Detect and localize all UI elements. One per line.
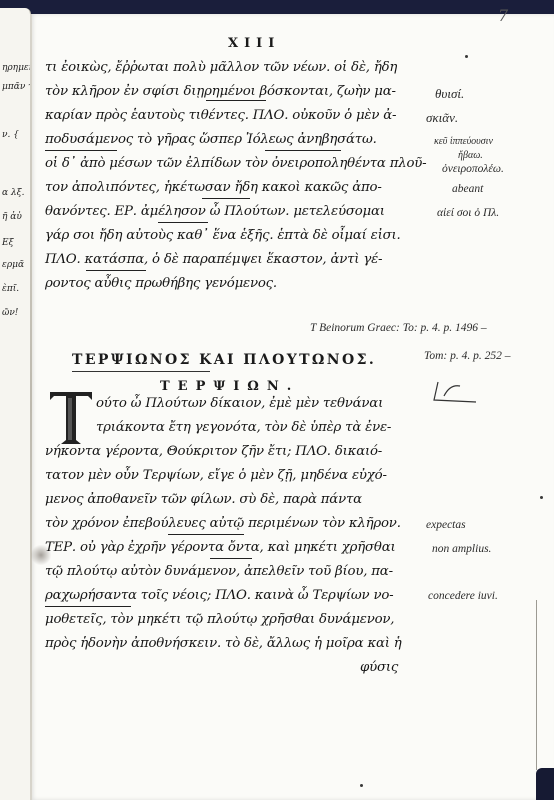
underline-mark xyxy=(86,270,146,271)
text-line: ποδυσάμενος τὸ γῆρας ὥσπερ Ἰόλεως ἀνηβησ… xyxy=(45,132,377,147)
text-line: ραχωρήσαντα τοῖς νέοις; ΠΛΟ. καινὰ ὦ Τερ… xyxy=(45,588,393,603)
text-line: ούτο ὦ Πλούτων δίκαιον, ἐμὲ μὲν τεθνάναι xyxy=(96,396,383,411)
facing-page-fragment: ερμᾶ xyxy=(2,260,24,270)
marginal-note: κεῦ ἱππεύουσιν xyxy=(434,136,493,147)
paper-speck xyxy=(360,784,363,787)
marginal-note: concedere iuvi. xyxy=(428,590,498,602)
text-line: οἱ δ᾽ ἀπὸ μέσων τῶν ἐλπίδων τὸν ὀνειροπο… xyxy=(45,156,426,171)
marginal-note: ὀνειροπολέω. xyxy=(442,163,504,175)
marginal-note: αἰεί σοι ὁ Πλ. xyxy=(437,207,499,219)
text-line-content: τὸν κλῆρον ἐν σφίσι διῃρημένοι βόσκονται… xyxy=(45,84,396,99)
catchword: φύσις xyxy=(360,660,398,675)
marginal-note: σκιᾶν. xyxy=(426,110,458,126)
paper-speck xyxy=(465,55,468,58)
facing-page-fragment: α λξ. xyxy=(2,188,24,198)
marginal-note: abeant xyxy=(452,183,483,195)
marginal-note: ἥβαω. xyxy=(458,150,483,161)
facing-page-fragment: ν. { xyxy=(2,130,19,140)
drop-cap-letter xyxy=(48,390,94,446)
marginal-note: Τ Beinorum Graec: To: p. 4. p. 1496 – xyxy=(310,322,487,334)
scan-background-corner xyxy=(536,768,554,800)
facing-page-fragment: ῶν! xyxy=(2,308,18,318)
text-line: ΠΛΟ. κατάσπα, ὁ δὲ παραπέμψει ἕκαστον, ἀ… xyxy=(45,252,382,267)
underline-mark xyxy=(210,558,252,559)
underline-mark xyxy=(265,150,341,151)
text-line: ροντος αὖθις πρωθήβης γενόμενος. xyxy=(45,276,277,291)
text-line: πρὸς ἡδονὴν ἀποθνήσκειν. τὸ δὲ, ἄλλως ἡ … xyxy=(45,636,402,651)
text-line: τι ἐοικὼς, ἔῤῥωται πολὺ μᾶλλον τῶν νέων.… xyxy=(45,60,397,75)
marginal-note: expectas xyxy=(426,519,466,531)
paper-speck xyxy=(540,496,543,499)
facing-page-edge: ηρημενι μπᾶν τὶ ν. { α λξ. ῆ ἀὐ Εξ ερμᾶ … xyxy=(0,8,31,800)
drop-cap-t-icon xyxy=(48,390,94,446)
facing-page-fragment: ῆ ἀὐ xyxy=(2,212,22,222)
text-line: θανόντες. ΕΡ. ἀμέλησον ὦ Πλούτων. μετελε… xyxy=(45,204,385,219)
handwritten-page-number: 7 xyxy=(498,6,508,25)
handwritten-bracket-mark xyxy=(430,378,480,404)
marginal-note: θυισί. xyxy=(435,86,464,102)
page-gutter xyxy=(30,14,32,800)
underline-mark xyxy=(45,150,117,151)
text-line: τῷ πλούτῳ αὐτὸν δυνάμενον, ἀπελθεῖν τοῦ … xyxy=(45,564,393,579)
text-line: γάρ σοι ἤδη αὐτοὺς καθ᾽ ἕνα ἑξῆς. ἑπτὰ δ… xyxy=(45,228,401,243)
text-line: τατον μὲν οὖν Τερψίων, εἴγε ὁ μὲν ζῇ, μη… xyxy=(45,468,387,483)
text-line: τριάκοντα ἔτη γεγονότα, τὸν δὲ ὑπὲρ τὰ ἐ… xyxy=(96,420,391,435)
underline-mark xyxy=(168,534,244,535)
underline-mark xyxy=(202,198,250,199)
text-line: μενος ἀποθανεῖν τῶν φίλων. σὺ δὲ, παρὰ π… xyxy=(45,492,362,507)
text-line: ΤΕΡ. οὐ γὰρ ἐχρῆν γέροντα ὄντα, καὶ μηκέ… xyxy=(45,540,396,555)
underline-mark xyxy=(45,606,131,607)
marginal-note: Tom: p. 4. p. 252 – xyxy=(424,350,510,362)
text-line: τον ἀπολιπόντες, ἡκέτωσαν ἤδη κακοὶ κακῶ… xyxy=(45,180,382,195)
text-line: τὸν χρόνον ἐπεβούλευες αὐτῷ περιμένων τὸ… xyxy=(45,516,401,531)
underline-mark xyxy=(206,100,266,101)
text-line: καρίαν πρὸς ἑαυτοὺς τιθέντες. ΠΛΟ. οὐκοῦ… xyxy=(45,108,396,123)
running-head: XIII xyxy=(228,36,280,51)
marginal-note: non amplius. xyxy=(432,543,491,555)
section-title: ΤΕΡΨΙΩΝΟΣ ΚΑΙ ΠΛΟΥΤΩΝΟΣ. xyxy=(72,352,376,368)
page-edge-line xyxy=(536,600,537,770)
underline-mark xyxy=(158,222,208,223)
facing-page-fragment: ὲπῖ. xyxy=(2,284,19,294)
speaker-heading: ΤΕΡΨΙΩΝ. xyxy=(160,379,299,394)
text-line: νήκοντα γέροντα, Θούκριτον ζῆν ἔτι; ΠΛΟ.… xyxy=(45,444,382,459)
text-line: τὸν κλῆρον ἐν σφίσι διῃρημένοι βόσκονται… xyxy=(45,84,396,99)
text-line: μοθετεῖς, τὸν μηκέτι τῷ πλούτῳ χρῆσθαι δ… xyxy=(45,612,394,627)
section-title-underline xyxy=(72,371,210,372)
facing-page-fragment: Εξ xyxy=(2,238,14,248)
